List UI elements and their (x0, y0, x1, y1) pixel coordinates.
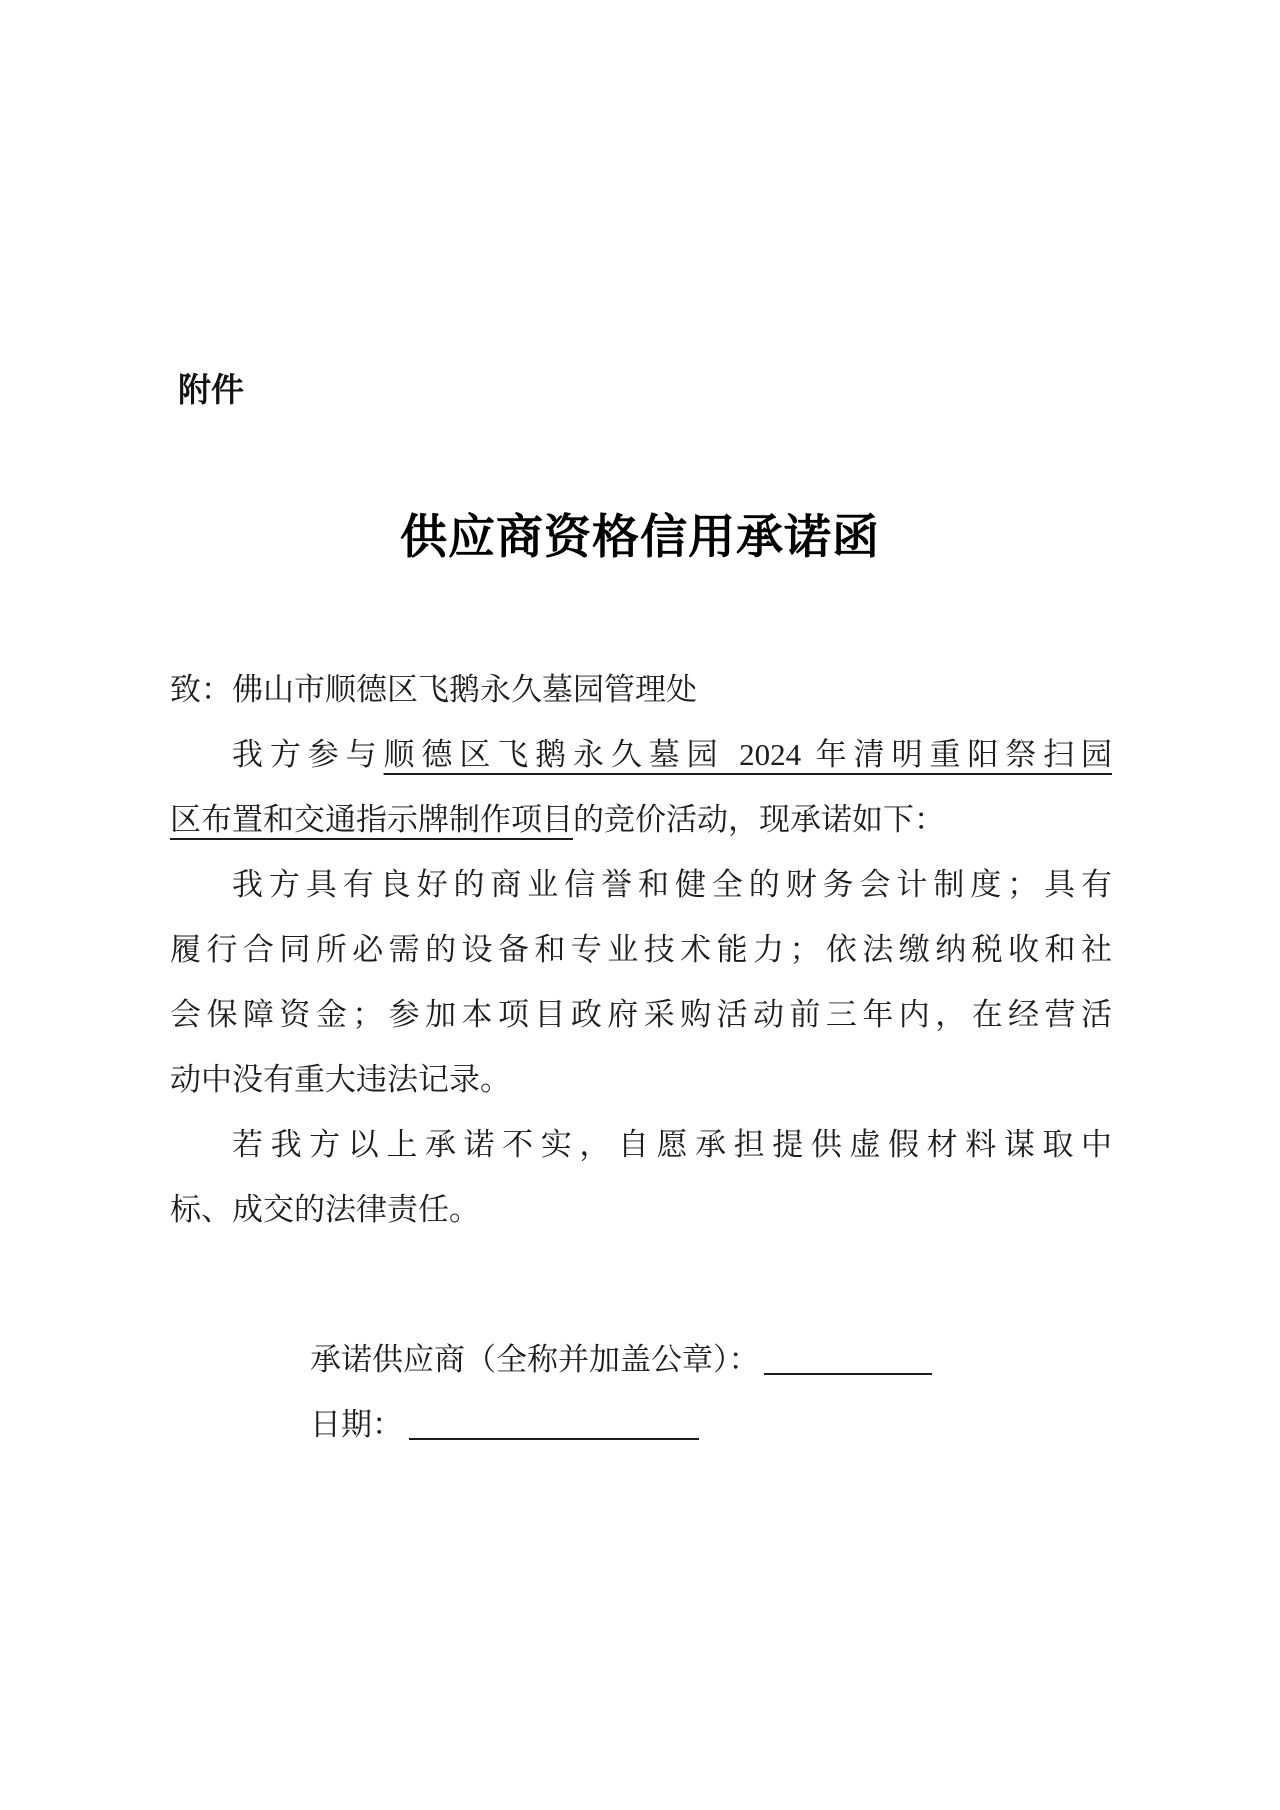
supplier-signature-line: 承诺供应商（全称并加盖公章）： (310, 1327, 932, 1392)
supplier-label: 承诺供应商（全称并加盖公章）： (310, 1342, 760, 1377)
document-body: 致：佛山市顺德区飞鹅永久墓园管理处 我方参与顺德区飞鹅永久墓园 2024 年清明… (170, 657, 1112, 1242)
date-blank (409, 1409, 699, 1440)
intro-line-1: 我方参与顺德区飞鹅永久墓园 2024 年清明重阳祭扫园 (170, 722, 1112, 787)
date-label: 日期： (310, 1407, 403, 1442)
liability-line-2: 标、成交的法律责任。 (170, 1177, 1112, 1242)
date-line: 日期： (310, 1392, 932, 1457)
commitment-line-1: 我方具有良好的商业信誉和健全的财务会计制度；具有 (170, 852, 1112, 917)
intro-line-2-plain: 的竞价活动，现承诺如下： (573, 802, 945, 837)
document-title: 供应商资格信用承诺函 (0, 500, 1280, 567)
commitment-line-2: 履行合同所必需的设备和专业技术能力；依法缴纳税收和社 (170, 917, 1112, 982)
commitment-line-4: 动中没有重大违法记录。 (170, 1047, 1112, 1112)
project-name-underlined-part-2: 区布置和交通指示牌制作项目 (170, 802, 573, 837)
supplier-name-blank (764, 1344, 932, 1375)
signature-block: 承诺供应商（全称并加盖公章）： 日期： (310, 1327, 932, 1457)
intro-line-1-plain: 我方参与 (232, 737, 384, 772)
commitment-line-3: 会保障资金；参加本项目政府采购活动前三年内，在经营活 (170, 982, 1112, 1047)
project-name-underlined-part-1: 顺德区飞鹅永久墓园 2024 年清明重阳祭扫园 (384, 737, 1112, 772)
attachment-label: 附件 (178, 364, 244, 411)
liability-line-1: 若我方以上承诺不实，自愿承担提供虚假材料谋取中 (170, 1112, 1112, 1177)
intro-line-2: 区布置和交通指示牌制作项目的竞价活动，现承诺如下： (170, 787, 1112, 852)
salutation-line: 致：佛山市顺德区飞鹅永久墓园管理处 (170, 657, 1112, 722)
document-page: 附件 供应商资格信用承诺函 致：佛山市顺德区飞鹅永久墓园管理处 我方参与顺德区飞… (0, 0, 1280, 1810)
